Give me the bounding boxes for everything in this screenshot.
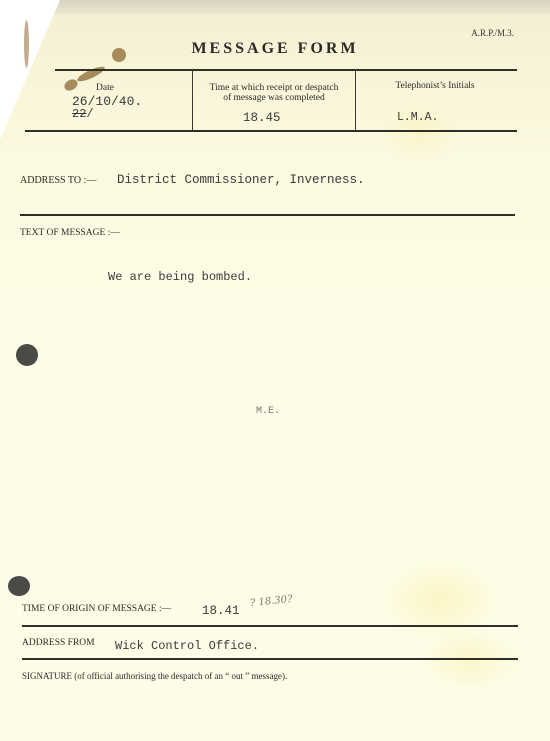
time-completed-label-line1: Time at which receipt or despatch xyxy=(195,83,353,93)
address-to-label: ADDRESS TO :— xyxy=(20,175,96,186)
telephonist-value: L.M.A. xyxy=(397,111,438,124)
form-code: A.R.P./M.3. xyxy=(471,28,514,38)
torn-corner xyxy=(0,0,60,140)
date-label: Date xyxy=(75,83,135,93)
address-from-rule xyxy=(22,658,518,660)
address-to-value: District Commissioner, Inverness. xyxy=(117,173,365,187)
message-body: We are being bombed. xyxy=(108,270,252,284)
time-completed-value: 18.45 xyxy=(243,111,281,125)
time-completed-label-line2: of message was completed xyxy=(195,93,353,103)
date-struck-digits: 22 xyxy=(72,107,86,121)
time-of-origin-label: TIME OF ORIGIN OF MESSAGE :— xyxy=(22,604,171,614)
address-from-label: ADDRESS FROM xyxy=(22,638,95,648)
text-of-message-label: TEXT OF MESSAGE :— xyxy=(20,228,120,238)
header-table-top-rule xyxy=(55,69,517,71)
signature-label: SIGNATURE (of official authorising the d… xyxy=(22,671,287,681)
time-of-origin-rule xyxy=(22,625,518,627)
torn-top-edge xyxy=(0,0,550,14)
time-of-origin-value: 18.41 xyxy=(202,604,240,618)
header-table-divider xyxy=(355,70,356,130)
header-table-divider xyxy=(192,70,193,130)
date-struck-value: 22/ xyxy=(72,107,94,121)
telephonist-label: Telephonist’s Initials xyxy=(360,81,510,91)
form-title: MESSAGE FORM xyxy=(0,40,550,58)
header-table-bottom-rule xyxy=(25,130,517,132)
message-initials: M.E. xyxy=(256,406,280,417)
punch-hole xyxy=(8,576,30,596)
punch-hole xyxy=(16,344,38,366)
address-from-value: Wick Control Office. xyxy=(115,639,259,653)
date-struck-suffix: / xyxy=(86,107,93,121)
time-completed-label: Time at which receipt or despatch of mes… xyxy=(195,83,353,103)
address-to-rule xyxy=(20,214,515,216)
